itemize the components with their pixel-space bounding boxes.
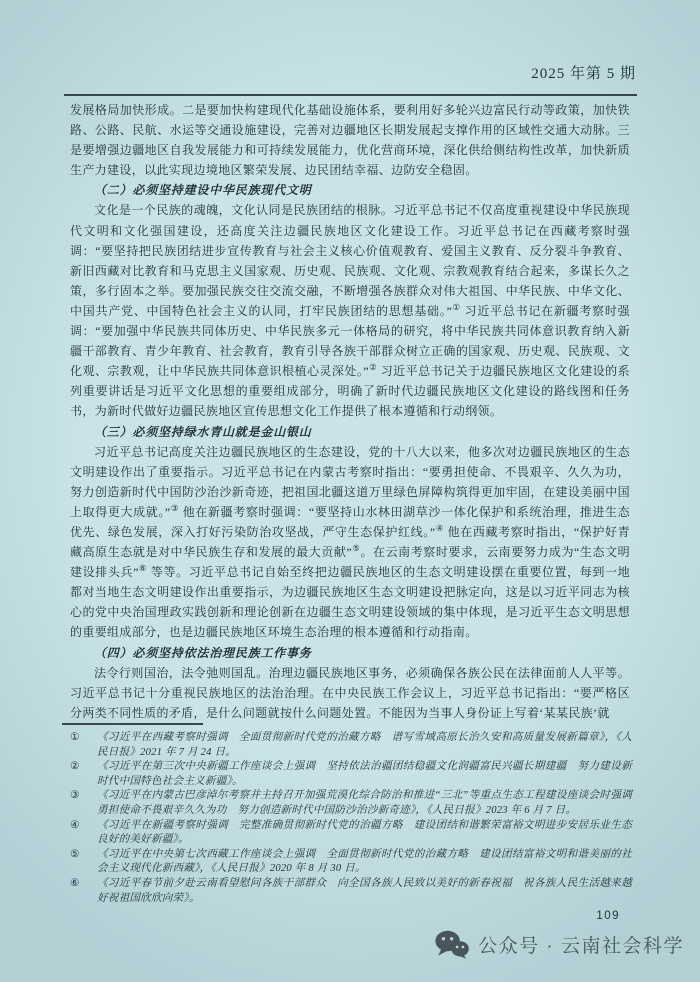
- section-heading: （二）必须坚持建设中华民族现代文明: [70, 180, 630, 200]
- footnote-number: ③: [70, 789, 97, 818]
- footnote-ref: ①: [452, 302, 461, 312]
- footnote-separator: [62, 723, 203, 725]
- footnote-number: ⑤: [70, 848, 97, 877]
- footnote-number: ④: [70, 819, 97, 848]
- page-number: 109: [596, 910, 620, 922]
- watermark: 公众号 · 云南社会科学: [435, 930, 684, 959]
- footnote-number: ⑥: [70, 877, 97, 906]
- body-paragraph: 发展格局加快形成。二是要加快构建现代化基础设施体系，要利用好多轮兴边富民行动等政…: [70, 100, 630, 180]
- footnote-text: 《习近平在中央第七次西藏工作座谈会上强调 全面贯彻新时代党的治藏方略 建设团结富…: [97, 848, 632, 877]
- body-paragraph: 习近平总书记高度关注边疆民族地区的生态建设，党的十八大以来，他多次对边疆民族地区…: [70, 442, 630, 643]
- footnote-text: 《习近平在西藏考察时强调 全面贯彻新时代党的治藏方略 谱写雪域高原长治久安和高质…: [97, 731, 632, 760]
- footnote-ref: ⑥: [139, 563, 148, 573]
- section-heading: （四）必须坚持依法治理民族工作事务: [70, 643, 630, 663]
- article-body: 发展格局加快形成。二是要加快构建现代化基础设施体系，要利用好多轮兴边富民行动等政…: [70, 100, 630, 723]
- footnote: ③《习近平在内蒙古巴彦淖尔考察并主持召开加强荒漠化综合防治和推进“三北”等重点生…: [70, 789, 632, 818]
- footnote-text: 《习近平在第三次中央新疆工作座谈会上强调 坚持依法治疆团结稳疆文化润疆富民兴疆长…: [97, 760, 632, 789]
- body-paragraph: 法令行则国治，法令弛则国乱。治理边疆民族地区事务，必须确保各族公民在法律面前人人…: [70, 663, 630, 723]
- watermark-text: 公众号 · 云南社会科学: [478, 931, 684, 958]
- footnote: ①《习近平在西藏考察时强调 全面贯彻新时代党的治藏方略 谱写雪域高原长治久安和高…: [70, 731, 632, 760]
- section-heading: （三）必须坚持绿水青山就是金山银山: [70, 422, 630, 442]
- footnote-text: 《习近平春节前夕赴云南看望慰问各族干部群众 向全国各族人民致以美好的新春祝福 祝…: [97, 877, 632, 906]
- footnote-text: 《习近平在内蒙古巴彦淖尔考察并主持召开加强荒漠化综合防治和推进“三北”等重点生态…: [97, 789, 632, 818]
- footnote-ref: ④: [436, 523, 445, 533]
- footnote-list: ①《习近平在西藏考察时强调 全面贯彻新时代党的治藏方略 谱写雪域高原长治久安和高…: [70, 731, 632, 906]
- footnote: ④《习近平在新疆考察时强调 完整准确贯彻新时代党的治疆方略 建设团结和谐繁荣富裕…: [70, 819, 632, 848]
- footnote-number: ①: [70, 731, 97, 760]
- footnote: ⑥《习近平春节前夕赴云南看望慰问各族干部群众 向全国各族人民致以美好的新春祝福 …: [70, 877, 632, 906]
- issue-label: 2025 年第 5 期: [531, 62, 636, 83]
- wechat-icon: [435, 930, 469, 959]
- footnote-number: ②: [70, 760, 97, 789]
- footnote-text: 《习近平在新疆考察时强调 完整准确贯彻新时代党的治疆方略 建设团结和谐繁荣富裕文…: [97, 819, 632, 848]
- footnote-ref: ②: [369, 362, 377, 372]
- header-rule: [64, 94, 637, 96]
- journal-page: 2025 年第 5 期 发展格局加快形成。二是要加快构建现代化基础设施体系，要利…: [0, 0, 700, 982]
- footnote: ②《习近平在第三次中央新疆工作座谈会上强调 坚持依法治疆团结稳疆文化润疆富民兴疆…: [70, 760, 632, 789]
- body-paragraph: 文化是一个民族的魂魄，文化认同是民族团结的根脉。习近平总书记不仅高度重视建设中华…: [70, 200, 630, 421]
- footnote-ref: ⑤: [352, 543, 360, 553]
- footnote: ⑤《习近平在中央第七次西藏工作座谈会上强调 全面贯彻新时代党的治藏方略 建设团结…: [70, 848, 632, 877]
- footnote-ref: ③: [171, 503, 180, 513]
